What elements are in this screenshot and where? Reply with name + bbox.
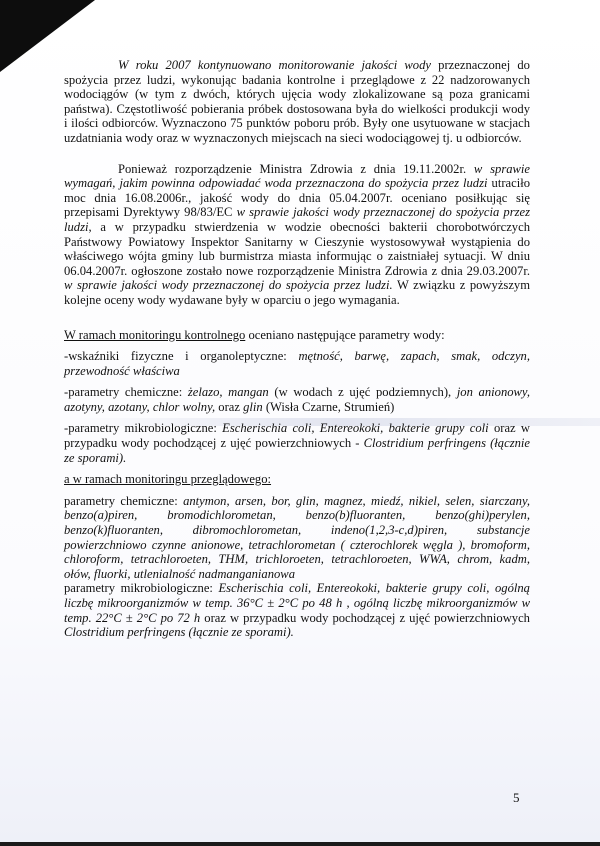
regulation-text-1: Ponieważ rozporządzenie Ministra Zdrowia… — [118, 162, 474, 176]
control-physical-params: -wskaźniki fizyczne i organoleptyczne: m… — [64, 349, 530, 378]
chem-items-3: glin — [243, 400, 263, 414]
paragraph-regulation: Ponieważ rozporządzenie Ministra Zdrowia… — [64, 162, 530, 308]
chem-items-1: żelazo, mangan — [188, 385, 269, 399]
review-micro-items-2: Clostridium perfringens (łącznie ze spor… — [64, 625, 294, 639]
control-heading-underlined: W ramach monitoringu kontrolnego — [64, 328, 245, 342]
scan-bottom-edge — [0, 842, 600, 846]
regulation-title-2: w sprawie jakości wody przeznaczonej do … — [64, 278, 393, 292]
control-micro-params: -parametry mikrobiologiczne: Escherischi… — [64, 421, 530, 465]
regulation-text-3: , a w przypadku stwierdzenia w wodzie ob… — [64, 220, 530, 278]
page-body: W roku 2007 kontynuowano monitorowanie j… — [64, 58, 530, 640]
scanned-page: W roku 2007 kontynuowano monitorowanie j… — [0, 0, 600, 846]
review-micro-params: parametry mikrobiologiczne: Escherischia… — [64, 581, 530, 639]
paragraph-intro: W roku 2007 kontynuowano monitorowanie j… — [64, 58, 530, 146]
micro-items-1: Escherischia coli, Entereokoki, bakterie… — [222, 421, 489, 435]
page-number: 5 — [513, 790, 520, 806]
review-micro-text-1: oraz w przypadku wody pochodzącej z ujęć… — [200, 611, 530, 625]
physical-label: -wskaźniki fizyczne i organoleptyczne: — [64, 349, 298, 363]
review-monitoring-heading: a w ramach monitoringu przeglądowego: — [64, 472, 530, 487]
control-monitoring-heading: W ramach monitoringu kontrolnego ocenian… — [64, 328, 530, 343]
control-chemical-params: -parametry chemiczne: żelazo, mangan (w … — [64, 385, 530, 414]
chem-text-2: oraz — [215, 400, 243, 414]
review-chem-label: parametry chemiczne: — [64, 494, 183, 508]
chem-label: -parametry chemiczne: — [64, 385, 188, 399]
control-heading-rest: oceniano następujące parametry wody: — [245, 328, 444, 342]
intro-italic-lead: W roku 2007 kontynuowano monitorowanie j… — [118, 58, 431, 72]
micro-label: -parametry mikrobiologiczne: — [64, 421, 222, 435]
review-micro-label: parametry mikrobiologiczne: — [64, 581, 218, 595]
review-chemical-params: parametry chemiczne: antymon, arsen, bor… — [64, 494, 530, 582]
chem-text-3: (Wisła Czarne, Strumień) — [263, 400, 395, 414]
review-heading-underlined: a w ramach monitoringu przeglądowego: — [64, 472, 271, 486]
chem-text-1: (w wodach z ujęć podziemnych), — [269, 385, 457, 399]
